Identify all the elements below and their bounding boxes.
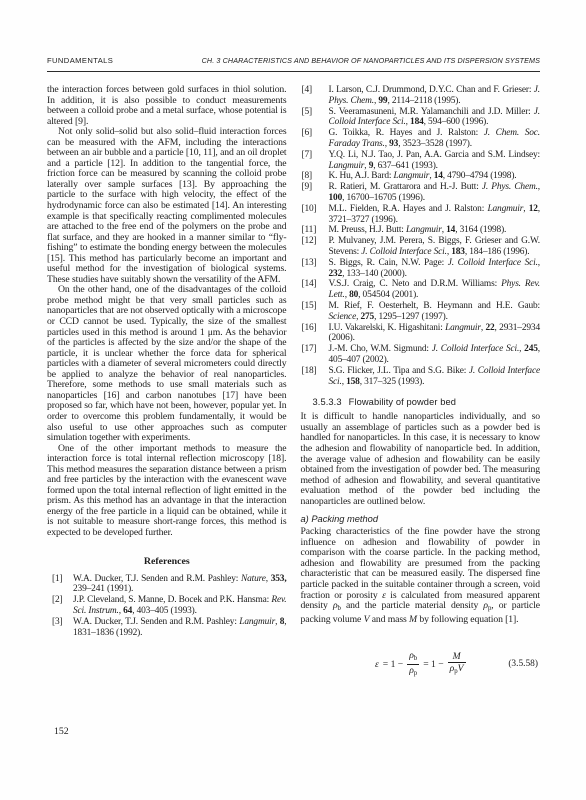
section-heading: 3.5.3.3Flowability of powder bed (301, 397, 541, 407)
fraction-m-over-rho-p-v: M ρpV (448, 651, 466, 677)
reference-item: [4]I. Larson, C.J. Drummond, D.Y.C. Chan… (301, 85, 541, 107)
right-column: [4]I. Larson, C.J. Drummond, D.Y.C. Chan… (301, 85, 541, 681)
running-header: FUNDAMENTALS CH. 3 CHARACTERISTICS AND B… (47, 56, 540, 65)
reference-text: P. Mulvaney, J.M. Perera, S. Biggs, F. G… (329, 236, 541, 257)
reference-text: K. Hu, A.J. Bard: Langmuir, 14, 4790–479… (329, 171, 517, 181)
section-title: Flowability of powder bed (349, 397, 456, 407)
reference-number: [3] (52, 617, 62, 628)
paragraph: It is difficult to handle nanoparticles … (301, 412, 541, 507)
reference-text: S. Biggs, R. Cain, N.W. Page: J. Colloid… (329, 258, 541, 279)
reference-text: Y.Q. Li, N.J. Tao, J. Pan, A.A. Garcia a… (329, 150, 541, 171)
reference-item: [5]S. Veeramasuneni, M.R. Yalamanchili a… (301, 107, 541, 129)
reference-text: S. Veeramasuneni, M.R. Yalamanchili and … (329, 107, 541, 128)
equation-operator: = 1 − (423, 659, 443, 670)
reference-text: I. Larson, C.J. Drummond, D.Y.C. Chan an… (329, 85, 541, 106)
reference-text: M.L. Fielden, R.A. Hayes and J. Ralston:… (329, 204, 541, 225)
reference-item: [1]W.A. Ducker, T.J. Senden and R.M. Pas… (47, 574, 287, 596)
running-header-left: FUNDAMENTALS (47, 56, 113, 65)
reference-item: [12]P. Mulvaney, J.M. Perera, S. Biggs, … (301, 236, 541, 258)
page-number: 152 (54, 726, 69, 737)
right-references-list: [4]I. Larson, C.J. Drummond, D.Y.C. Chan… (301, 85, 541, 387)
reference-text: M. Rief, F. Oesterhelt, B. Heymann and H… (329, 301, 541, 322)
reference-item: [6]G. Toikka, R. Hayes and J. Ralston: J… (301, 128, 541, 150)
reference-number: [14] (302, 279, 317, 290)
reference-text: S.G. Flicker, J.L. Tipa and S.G. Bike: J… (329, 366, 541, 387)
reference-number: [4] (302, 85, 312, 96)
references-heading: References (47, 556, 287, 567)
reference-number: [8] (302, 171, 312, 182)
paragraph: Not only solid–solid but also solid–flui… (47, 127, 287, 285)
equation-number: (3.5.58) (508, 659, 538, 669)
equation-lhs: ε (375, 659, 379, 670)
reference-number: [9] (302, 182, 312, 193)
reference-number: [13] (302, 258, 317, 269)
paragraph: the interaction forces between gold surf… (47, 85, 287, 127)
text-columns: the interaction forces between gold surf… (47, 85, 540, 681)
fraction-rho-b-over-rho-p: ρb ρp (407, 650, 419, 679)
reference-item: [10]M.L. Fielden, R.A. Hayes and J. Rals… (301, 204, 541, 226)
reference-number: [10] (302, 204, 317, 215)
reference-number: [7] (302, 150, 312, 161)
reference-number: [2] (52, 595, 62, 606)
reference-number: [17] (302, 344, 317, 355)
reference-item: [18]S.G. Flicker, J.L. Tipa and S.G. Bik… (301, 366, 541, 388)
section-paragraphs: It is difficult to handle nanoparticles … (301, 412, 541, 507)
reference-text: W.A. Ducker, T.J. Senden and R.M. Pashle… (73, 617, 287, 638)
reference-item: [14]V.S.J. Craig, C. Neto and D.R.M. Wil… (301, 279, 541, 301)
equation: ε = 1 − ρb ρp = 1 − M ρpV (3.5.58) (301, 647, 541, 681)
reference-text: G. Toikka, R. Hayes and J. Ralston: J. C… (329, 128, 541, 149)
reference-number: [15] (302, 301, 317, 312)
reference-number: [6] (302, 128, 312, 139)
paragraph: Packing characteristics of the fine powd… (301, 527, 541, 625)
reference-text: V.S.J. Craig, C. Neto and D.R.M. William… (329, 279, 541, 300)
subsection-heading: a) Packing method (301, 514, 541, 524)
section-number: 3.5.3.3 (313, 397, 342, 407)
reference-number: [1] (52, 574, 62, 585)
reference-text: W.A. Ducker, T.J. Senden and R.M. Pashle… (73, 574, 287, 595)
reference-item: [8]K. Hu, A.J. Bard: Langmuir, 14, 4790–… (301, 171, 541, 182)
subsection-paragraphs: Packing characteristics of the fine powd… (301, 527, 541, 625)
paragraph: One of the other important methods to me… (47, 444, 287, 539)
reference-text: I.U. Vakarelski, K. Higashitani: Langmui… (329, 323, 541, 344)
reference-number: [16] (302, 323, 317, 334)
left-paragraphs: the interaction forces between gold surf… (47, 85, 287, 539)
left-column: the interaction forces between gold surf… (47, 85, 287, 681)
header-rule (47, 71, 540, 72)
reference-item: [7]Y.Q. Li, N.J. Tao, J. Pan, A.A. Garci… (301, 150, 541, 172)
paragraph: On the other hand, one of the disadvanta… (47, 285, 287, 443)
reference-item: [11]M. Preuss, H.J. Butt: Langmuir, 14, … (301, 225, 541, 236)
equation-operator: = 1 − (383, 659, 403, 670)
equation-body: ε = 1 − ρb ρp = 1 − M ρpV (375, 650, 466, 679)
reference-item: [3]W.A. Ducker, T.J. Senden and R.M. Pas… (47, 617, 287, 639)
running-header-right: CH. 3 CHARACTERISTICS AND BEHAVIOR OF NA… (202, 56, 540, 65)
reference-text: J.P. Cleveland, S. Manne, D. Bocek and P… (73, 595, 287, 616)
reference-number: [12] (302, 236, 317, 247)
book-page: FUNDAMENTALS CH. 3 CHARACTERISTICS AND B… (0, 0, 586, 800)
left-references-list: [1]W.A. Ducker, T.J. Senden and R.M. Pas… (47, 574, 287, 639)
reference-number: [5] (302, 107, 312, 118)
reference-number: [11] (302, 225, 317, 236)
reference-item: [15]M. Rief, F. Oesterhelt, B. Heymann a… (301, 301, 541, 323)
reference-item: [13]S. Biggs, R. Cain, N.W. Page: J. Col… (301, 258, 541, 280)
reference-text: M. Preuss, H.J. Butt: Langmuir, 14, 3164… (329, 225, 507, 235)
reference-item: [16]I.U. Vakarelski, K. Higashitani: Lan… (301, 323, 541, 345)
reference-item: [17]J.-M. Cho, W.M. Sigmund: J. Colloid … (301, 344, 541, 366)
reference-text: R. Ratieri, M. Grattarora and H.-J. Butt… (329, 182, 540, 203)
reference-item: [2]J.P. Cleveland, S. Manne, D. Bocek an… (47, 595, 287, 617)
reference-text: J.-M. Cho, W.M. Sigmund: J. Colloid Inte… (329, 344, 541, 365)
reference-number: [18] (302, 366, 317, 377)
reference-item: [9]R. Ratieri, M. Grattarora and H.-J. B… (301, 182, 541, 204)
